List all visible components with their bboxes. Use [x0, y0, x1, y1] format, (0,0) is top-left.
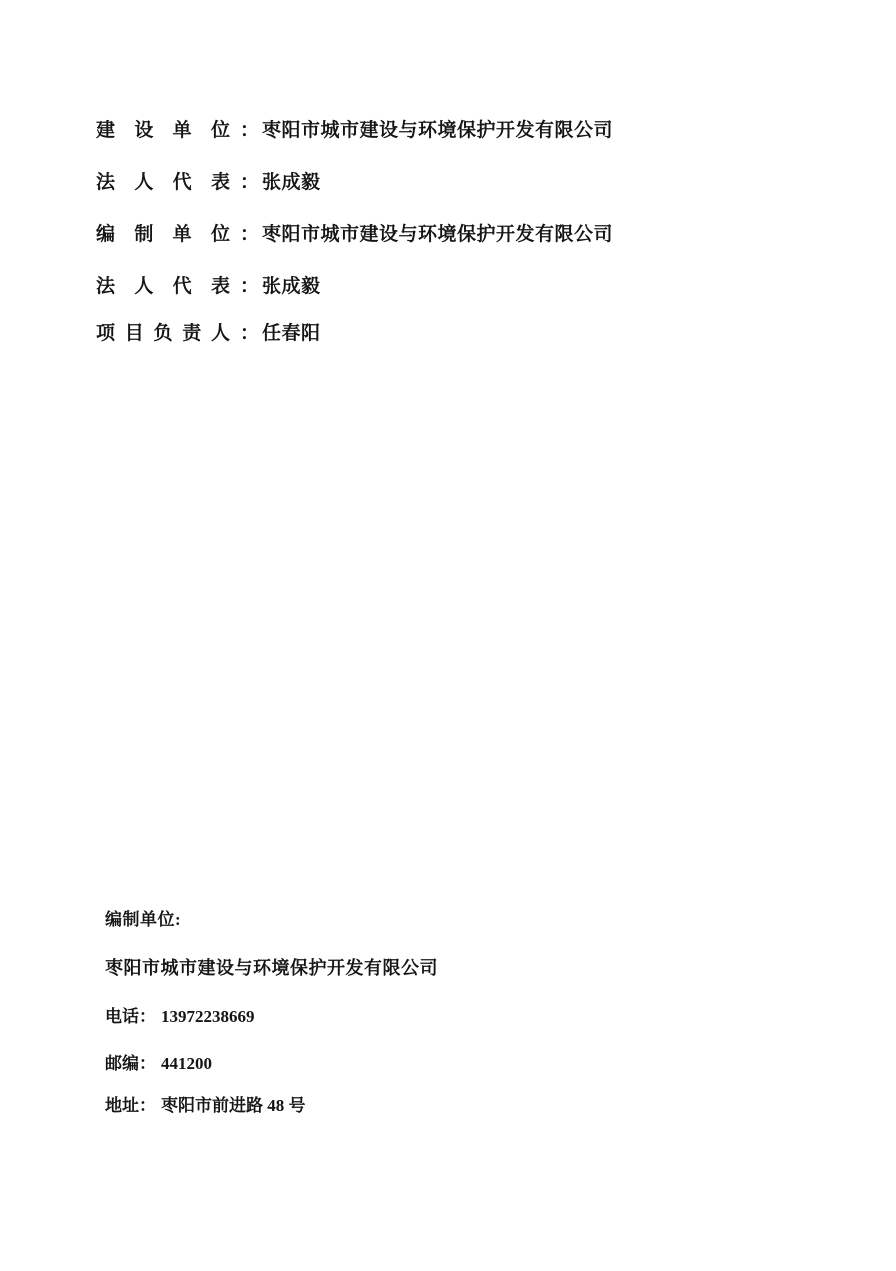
field-label-char: 建: [96, 121, 115, 140]
field-row: 建设单位：枣阳市城市建设与环境保护开发有限公司: [96, 121, 613, 140]
footer-block: 编制单位: 枣阳市城市建设与环境保护开发有限公司 电话：13972238669邮…: [105, 910, 438, 1116]
field-label-char: 制: [134, 225, 153, 244]
field-label: 编制单位: [96, 225, 230, 244]
document-page: 建设单位：枣阳市城市建设与环境保护开发有限公司法人代表：张成毅编制单位：枣阳市城…: [0, 0, 896, 1271]
field-value: 张成毅: [262, 277, 321, 296]
contact-value: 枣阳市前进路 48 号: [161, 1096, 306, 1116]
field-label-char: 位: [211, 121, 230, 140]
contact-label: 电话: [105, 1007, 139, 1027]
field-label: 法人代表: [96, 277, 230, 296]
field-value: 张成毅: [262, 173, 321, 192]
field-label-char: 表: [211, 277, 230, 296]
field-row: 编制单位：枣阳市城市建设与环境保护开发有限公司: [96, 225, 613, 244]
contact-label: 邮编: [105, 1054, 139, 1074]
field-label-char: 代: [173, 173, 192, 192]
field-label-char: 表: [211, 173, 230, 192]
field-label-char: 目: [125, 324, 144, 343]
field-label-char: 单: [173, 225, 192, 244]
field-colon: ：: [240, 225, 259, 244]
field-colon: ：: [240, 121, 259, 140]
field-label-char: 责: [182, 324, 201, 343]
field-list: 建设单位：枣阳市城市建设与环境保护开发有限公司法人代表：张成毅编制单位：枣阳市城…: [96, 121, 613, 376]
field-label-char: 设: [134, 121, 153, 140]
field-label-char: 法: [96, 277, 115, 296]
field-label-char: 人: [134, 173, 153, 192]
field-value: 枣阳市城市建设与环境保护开发有限公司: [262, 225, 613, 244]
field-row: 法人代表：张成毅: [96, 277, 613, 296]
field-label-char: 代: [173, 277, 192, 296]
contact-row: 地址：枣阳市前进路 48 号: [105, 1096, 438, 1116]
field-label-char: 单: [173, 121, 192, 140]
field-label-char: 编: [96, 225, 115, 244]
footer-contacts: 电话：13972238669邮编：441200地址：枣阳市前进路 48 号: [105, 1007, 438, 1116]
footer-company: 枣阳市城市建设与环境保护开发有限公司: [105, 957, 438, 979]
contact-value: 441200: [161, 1054, 212, 1074]
field-value: 任春阳: [262, 324, 321, 343]
field-label-char: 负: [153, 324, 172, 343]
contact-colon: ：: [139, 1007, 156, 1027]
field-row: 法人代表：张成毅: [96, 173, 613, 192]
field-row: 项目负责人：任春阳: [96, 324, 613, 343]
field-value: 枣阳市城市建设与环境保护开发有限公司: [262, 121, 613, 140]
field-label-char: 人: [134, 277, 153, 296]
contact-value: 13972238669: [161, 1007, 255, 1027]
footer-heading: 编制单位:: [105, 910, 438, 930]
field-label-char: 人: [211, 324, 230, 343]
contact-label: 地址: [105, 1096, 139, 1116]
field-label: 建设单位: [96, 121, 230, 140]
field-label: 项目负责人: [96, 324, 230, 343]
contact-row: 邮编：441200: [105, 1054, 438, 1074]
field-label: 法人代表: [96, 173, 230, 192]
contact-colon: ：: [139, 1096, 156, 1116]
contact-colon: ：: [139, 1054, 156, 1074]
field-label-char: 法: [96, 173, 115, 192]
field-label-char: 项: [96, 324, 115, 343]
field-label-char: 位: [211, 225, 230, 244]
field-colon: ：: [240, 173, 259, 192]
field-colon: ：: [240, 324, 259, 343]
field-colon: ：: [240, 277, 259, 296]
contact-row: 电话：13972238669: [105, 1007, 438, 1027]
